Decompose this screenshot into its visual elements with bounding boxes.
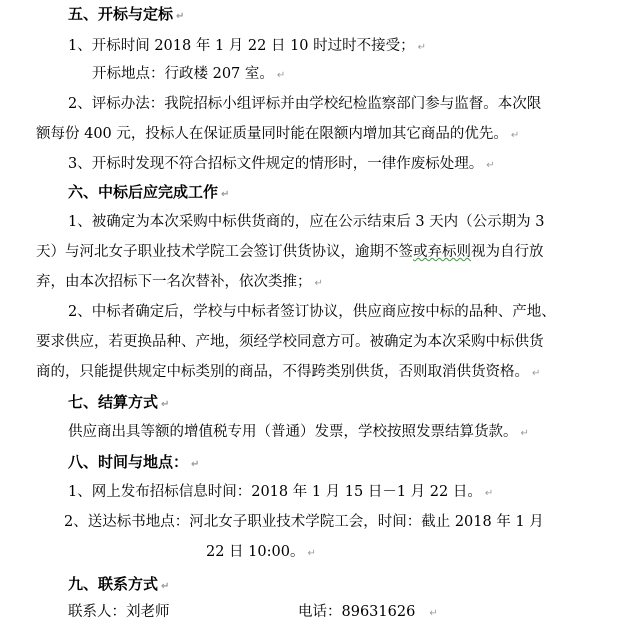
paragraph-mark-icon: ↵: [486, 160, 494, 171]
paragraph: 3、开标时发现不符合招标文件规定的情形时，一律作废标处理。↵: [68, 154, 495, 176]
paragraph-mark-icon: ↵: [161, 581, 169, 592]
paragraph: 2、送达标书地点：河北女子职业技术学院工会，时间：截止 2018 年 1 月: [64, 512, 544, 532]
paragraph-mark-icon: ↵: [418, 42, 426, 53]
contact-phone: 电话：89631626↵: [298, 602, 438, 624]
section-heading-7: 七、结算方式↵: [68, 392, 169, 415]
paragraph: 1、网上发布招标信息时间：2018 年 1 月 15 日－1 月 22 日。↵: [68, 482, 493, 504]
spellcheck-underline[interactable]: 或弃标则: [413, 244, 471, 260]
paragraph: 2、中标者确定后，学校与中标者签订协议，供应商应按中标的品种、产地、: [68, 302, 556, 322]
paragraph-mark-icon: ↵: [191, 459, 199, 470]
contact-person: 联系人：刘老师: [68, 602, 170, 622]
paragraph-mark-icon: ↵: [277, 70, 285, 81]
paragraph: 2、评标办法：我院招标小组评标并由学校纪检监察部门参与监督。本次限: [68, 94, 541, 114]
paragraph-mark-icon: ↵: [532, 368, 540, 379]
paragraph: 1、被确定为本次采购中标供货商的，应在公示结束后 3 天内（公示期为 3: [68, 212, 545, 232]
paragraph-mark-icon: ↵: [176, 11, 184, 22]
paragraph-mark-icon: ↵: [315, 278, 323, 289]
paragraph-mark-icon: ↵: [429, 608, 437, 619]
paragraph: 要求供应，若更换品种、产地，须经学校同意方可。被确定为本次采购中标供货: [36, 332, 544, 352]
paragraph-mark-icon: ↵: [161, 399, 169, 410]
paragraph: 开标地点：行政楼 207 室。↵: [92, 64, 285, 86]
paragraph: 22 日 10:00。↵: [206, 542, 316, 564]
paragraph: 额每份 400 元，投标人在保证质量同时能在限额内增加其它商品的优先。↵: [36, 124, 519, 146]
paragraph-mark-icon: ↵: [307, 548, 315, 559]
paragraph: 1、开标时间 2018 年 1 月 22 日 10 时过时不接受；↵: [68, 36, 426, 58]
paragraph-mark-icon: ↵: [521, 428, 529, 439]
paragraph: 供应商出具等额的增值税专用（普通）发票，学校按照发票结算货款。↵: [68, 422, 529, 444]
paragraph: 天）与河北女子职业技术学院工会签订供货协议，逾期不签或弃标则视为自行放: [36, 242, 544, 262]
section-heading-8: 八、时间与地点：↵: [68, 452, 199, 475]
paragraph: 商的，只能提供规定中标类别的商品，不得跨类别供货，否则取消供货资格。↵: [36, 362, 540, 384]
paragraph-mark-icon: ↵: [221, 189, 229, 200]
paragraph-mark-icon: ↵: [485, 488, 493, 499]
paragraph-mark-icon: ↵: [511, 130, 519, 141]
paragraph: 弃，由本次招标下一名次替补，依次类推；↵: [36, 272, 323, 294]
section-heading-5: 五、开标与定标↵: [68, 4, 184, 27]
section-heading-9: 九、联系方式↵: [68, 574, 169, 597]
section-heading-6: 六、中标后应完成工作↵: [68, 182, 229, 205]
